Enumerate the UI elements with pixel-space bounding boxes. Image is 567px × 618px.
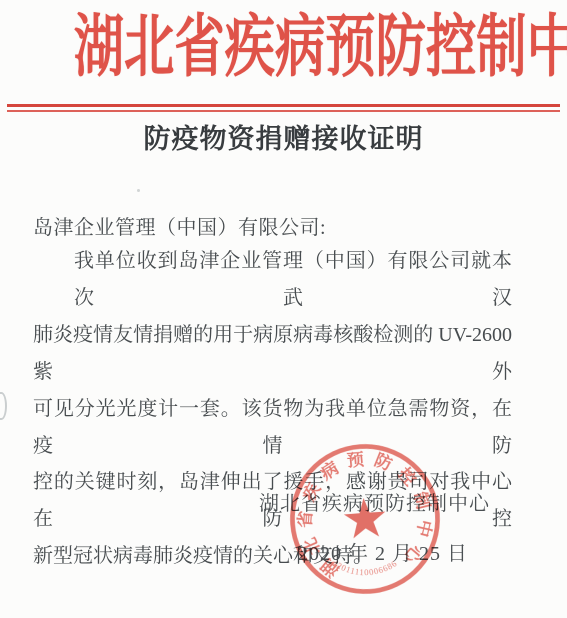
seal-serial-number: 42011110006686 bbox=[330, 553, 399, 579]
letterhead-divider-thin bbox=[7, 110, 560, 112]
star-icon bbox=[343, 497, 387, 539]
salutation-line: 岛津企业管理（中国）有限公司: bbox=[33, 211, 533, 240]
donation-certificate-document: 湖北省疾病预防控制中心 防疫物资捐赠接收证明 岛津企业管理（中国）有限公司: 我… bbox=[0, 0, 567, 618]
paragraph-line: 可见分光光度计一套。该货物为我单位急需物资，在疫情防 bbox=[33, 391, 512, 465]
letterhead-org-name: 湖北省疾病预防控制中心 bbox=[74, 12, 494, 83]
scan-smudge bbox=[0, 392, 7, 420]
paragraph-line: 肺炎疫情友情捐赠的用于病原病毒核酸检测的 UV-2600 紫外 bbox=[33, 317, 512, 391]
letterhead-divider-thick bbox=[7, 104, 560, 107]
paragraph-line: 我单位收到岛津企业管理（中国）有限公司就本次武汉 bbox=[33, 243, 512, 317]
official-seal: 湖北省疾病预防控制中心 42011110006686 bbox=[282, 436, 449, 603]
document-title: 防疫物资捐赠接收证明 bbox=[0, 117, 567, 156]
scan-speck bbox=[137, 189, 140, 192]
